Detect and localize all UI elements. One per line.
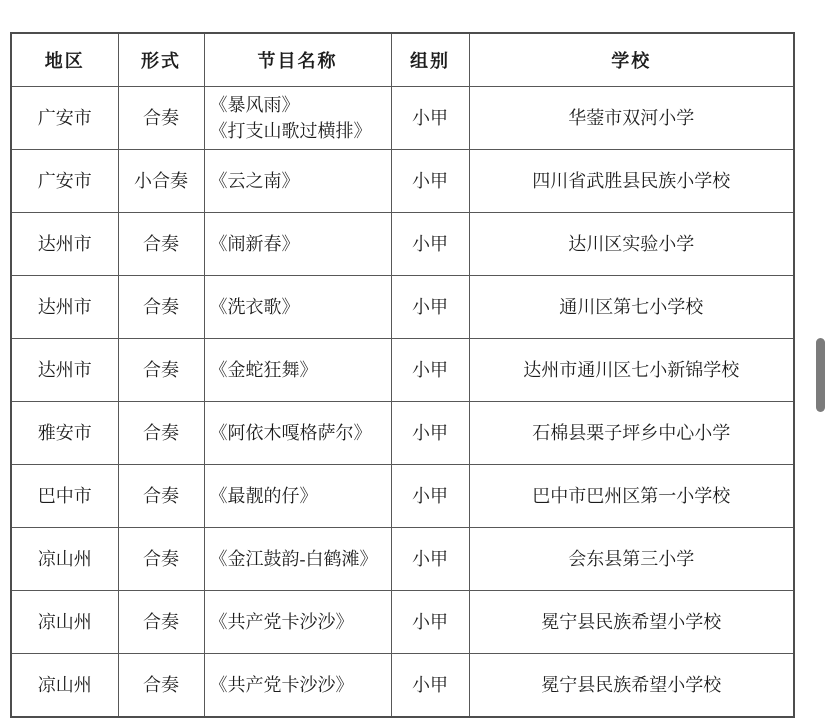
table-cell: 《洗衣歌》 xyxy=(204,276,391,339)
table-cell: 《金江鼓韵-白鹤滩》 xyxy=(204,528,391,591)
table-cell: 小合奏 xyxy=(118,150,204,213)
scrollbar-thumb[interactable] xyxy=(816,338,825,412)
table-cell: 达川区实验小学 xyxy=(469,213,794,276)
table-header: 地区 形式 节目名称 组别 学校 xyxy=(11,33,794,87)
document-page: 地区 形式 节目名称 组别 学校 广安市合奏《暴风雨》 《打支山歌过横排》小甲华… xyxy=(0,0,828,724)
table-cell: 小甲 xyxy=(391,465,469,528)
table-cell: 合奏 xyxy=(118,213,204,276)
table-cell: 达州市 xyxy=(11,213,118,276)
table-cell: 达州市 xyxy=(11,339,118,402)
table-cell: 小甲 xyxy=(391,87,469,150)
table-cell: 小甲 xyxy=(391,591,469,654)
col-header-region: 地区 xyxy=(11,33,118,87)
table-cell: 合奏 xyxy=(118,87,204,150)
table-cell: 合奏 xyxy=(118,339,204,402)
table-cell: 四川省武胜县民族小学校 xyxy=(469,150,794,213)
table-row: 达州市合奏《闹新春》小甲达川区实验小学 xyxy=(11,213,794,276)
table-cell: 合奏 xyxy=(118,465,204,528)
table-cell: 小甲 xyxy=(391,150,469,213)
table-row: 达州市合奏《金蛇狂舞》小甲达州市通川区七小新锦学校 xyxy=(11,339,794,402)
table-cell: 凉山州 xyxy=(11,654,118,718)
table-cell: 《金蛇狂舞》 xyxy=(204,339,391,402)
table-row: 广安市合奏《暴风雨》 《打支山歌过横排》小甲华蓥市双河小学 xyxy=(11,87,794,150)
table-cell: 冕宁县民族希望小学校 xyxy=(469,591,794,654)
results-table: 地区 形式 节目名称 组别 学校 广安市合奏《暴风雨》 《打支山歌过横排》小甲华… xyxy=(10,32,795,718)
table-cell: 小甲 xyxy=(391,213,469,276)
table-cell: 《共产党卡沙沙》 xyxy=(204,654,391,718)
table-row: 巴中市合奏《最靓的仔》小甲巴中市巴州区第一小学校 xyxy=(11,465,794,528)
table-cell: 凉山州 xyxy=(11,528,118,591)
table-cell: 《共产党卡沙沙》 xyxy=(204,591,391,654)
col-header-program: 节目名称 xyxy=(204,33,391,87)
table-row: 凉山州合奏《共产党卡沙沙》小甲冕宁县民族希望小学校 xyxy=(11,654,794,718)
table-cell: 合奏 xyxy=(118,276,204,339)
table-cell: 合奏 xyxy=(118,591,204,654)
table-cell: 雅安市 xyxy=(11,402,118,465)
col-header-form: 形式 xyxy=(118,33,204,87)
table-row: 达州市合奏《洗衣歌》小甲通川区第七小学校 xyxy=(11,276,794,339)
table-cell: 《阿依木嘎格萨尔》 xyxy=(204,402,391,465)
table-cell: 合奏 xyxy=(118,654,204,718)
table-cell: 会东县第三小学 xyxy=(469,528,794,591)
header-row: 地区 形式 节目名称 组别 学校 xyxy=(11,33,794,87)
table-cell: 合奏 xyxy=(118,528,204,591)
table-cell: 《云之南》 xyxy=(204,150,391,213)
table-body: 广安市合奏《暴风雨》 《打支山歌过横排》小甲华蓥市双河小学广安市小合奏《云之南》… xyxy=(11,87,794,718)
table-cell: 冕宁县民族希望小学校 xyxy=(469,654,794,718)
table-row: 凉山州合奏《共产党卡沙沙》小甲冕宁县民族希望小学校 xyxy=(11,591,794,654)
table-cell: 石棉县栗子坪乡中心小学 xyxy=(469,402,794,465)
table-cell: 巴中市 xyxy=(11,465,118,528)
table-cell: 《最靓的仔》 xyxy=(204,465,391,528)
table-cell: 广安市 xyxy=(11,87,118,150)
table-cell: 广安市 xyxy=(11,150,118,213)
table-cell: 小甲 xyxy=(391,276,469,339)
table-cell: 凉山州 xyxy=(11,591,118,654)
table-cell: 达州市通川区七小新锦学校 xyxy=(469,339,794,402)
table-cell: 小甲 xyxy=(391,654,469,718)
col-header-school: 学校 xyxy=(469,33,794,87)
table-cell: 达州市 xyxy=(11,276,118,339)
table-cell: 小甲 xyxy=(391,402,469,465)
table-cell: 合奏 xyxy=(118,402,204,465)
table-cell: 《闹新春》 xyxy=(204,213,391,276)
col-header-group: 组别 xyxy=(391,33,469,87)
table-row: 广安市小合奏《云之南》小甲四川省武胜县民族小学校 xyxy=(11,150,794,213)
table-cell: 华蓥市双河小学 xyxy=(469,87,794,150)
table-row: 雅安市合奏《阿依木嘎格萨尔》小甲石棉县栗子坪乡中心小学 xyxy=(11,402,794,465)
table-cell: 《暴风雨》 《打支山歌过横排》 xyxy=(204,87,391,150)
table-cell: 通川区第七小学校 xyxy=(469,276,794,339)
results-table-container: 地区 形式 节目名称 组别 学校 广安市合奏《暴风雨》 《打支山歌过横排》小甲华… xyxy=(10,32,795,718)
table-cell: 小甲 xyxy=(391,528,469,591)
table-row: 凉山州合奏《金江鼓韵-白鹤滩》小甲会东县第三小学 xyxy=(11,528,794,591)
table-cell: 小甲 xyxy=(391,339,469,402)
table-cell: 巴中市巴州区第一小学校 xyxy=(469,465,794,528)
